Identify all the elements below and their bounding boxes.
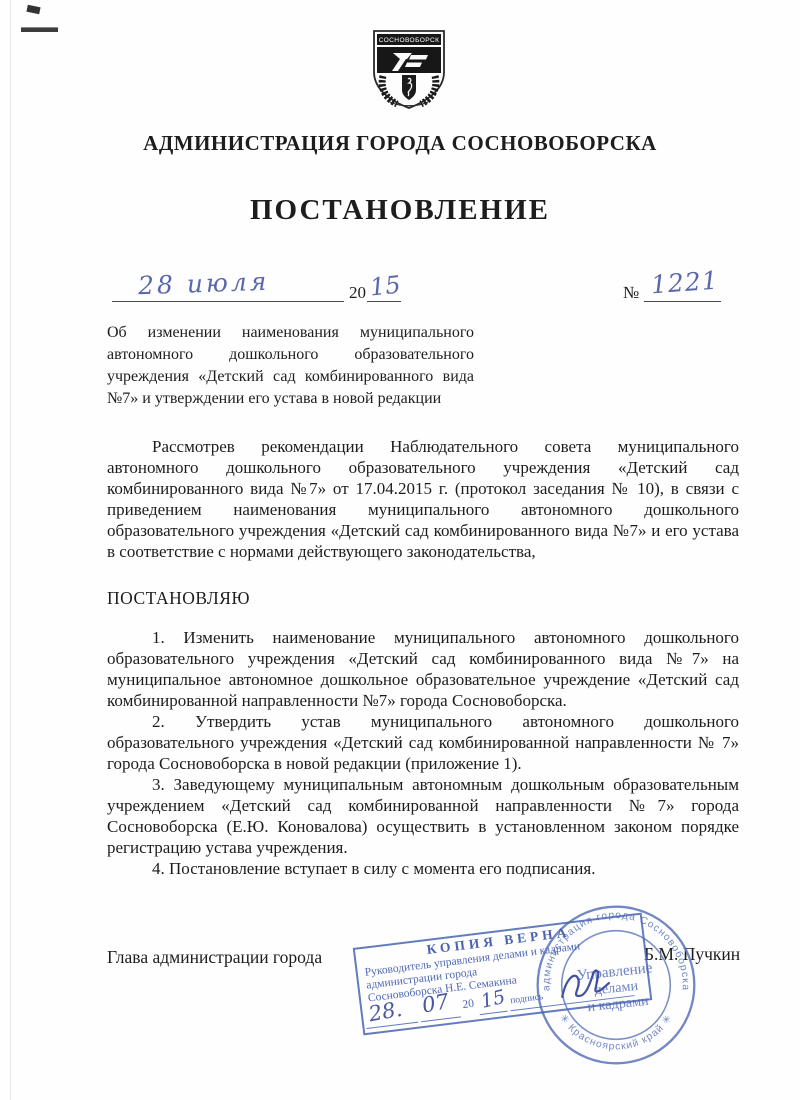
coat-of-arms-graphic: СОСНОВОБОРСК	[366, 28, 452, 114]
number-underline	[644, 301, 721, 302]
handwritten-number: 1221	[650, 266, 719, 300]
signatory-title: Глава администрации города	[107, 947, 322, 968]
document-subject: Об изменении наименования муниципального…	[107, 322, 474, 410]
handwritten-signature-squiggle	[555, 958, 635, 1010]
stamp-month-underline	[421, 1016, 461, 1022]
year-prefix: 20	[349, 283, 366, 303]
staple-mark-top	[26, 5, 40, 15]
scanned-decree-page: СОСНОВОБОРСК АДМИНИСТРАЦИЯ ГОРОДА СОСНОВ…	[0, 0, 800, 1100]
stamp-signature-label: подпись	[510, 992, 544, 1006]
decree-item-3: 3. Заведующему муниципальным автономным …	[107, 774, 739, 858]
stamp-handwritten-day: 28.	[367, 997, 404, 1026]
document-type-title: ПОСТАНОВЛЕНИЕ	[0, 194, 800, 227]
preamble-paragraph: Рассмотрев рекомендации Наблюдательного …	[107, 436, 739, 562]
handwritten-date: 28 июля	[138, 267, 270, 301]
resolve-word: ПОСТАНОВЛЯЮ	[107, 588, 250, 609]
decree-items: 1. Изменить наименование муниципального …	[107, 627, 739, 879]
decree-item-1: 1. Изменить наименование муниципального …	[107, 627, 739, 711]
stamp-handwritten-year: 15	[479, 986, 508, 1013]
handwritten-year: 15	[369, 270, 402, 301]
decree-item-4: 4. Постановление вступает в силу с момен…	[107, 858, 739, 879]
city-coat-of-arms: СОСНОВОБОРСК	[366, 28, 452, 114]
number-sign: №	[623, 283, 639, 303]
decree-item-2: 2. Утвердить устав муниципального автоно…	[107, 711, 739, 774]
date-underline	[112, 301, 344, 302]
staple-mark-bottom	[21, 27, 58, 32]
scan-edge-line	[10, 0, 11, 1100]
emblem-city-name: СОСНОВОБОРСК	[379, 37, 440, 44]
stamp-year-prefix: 20	[462, 998, 475, 1011]
organization-name: АДМИНИСТРАЦИЯ ГОРОДА СОСНОВОБОРСКА	[0, 131, 800, 156]
round-stamp-ring-bottom-text: ✳ Красноярский край ✳	[557, 1013, 675, 1053]
stamp-handwritten-month: 07	[420, 989, 450, 1017]
svg-text:✳ Красноярский край ✳: ✳ Красноярский край ✳	[557, 1013, 675, 1053]
